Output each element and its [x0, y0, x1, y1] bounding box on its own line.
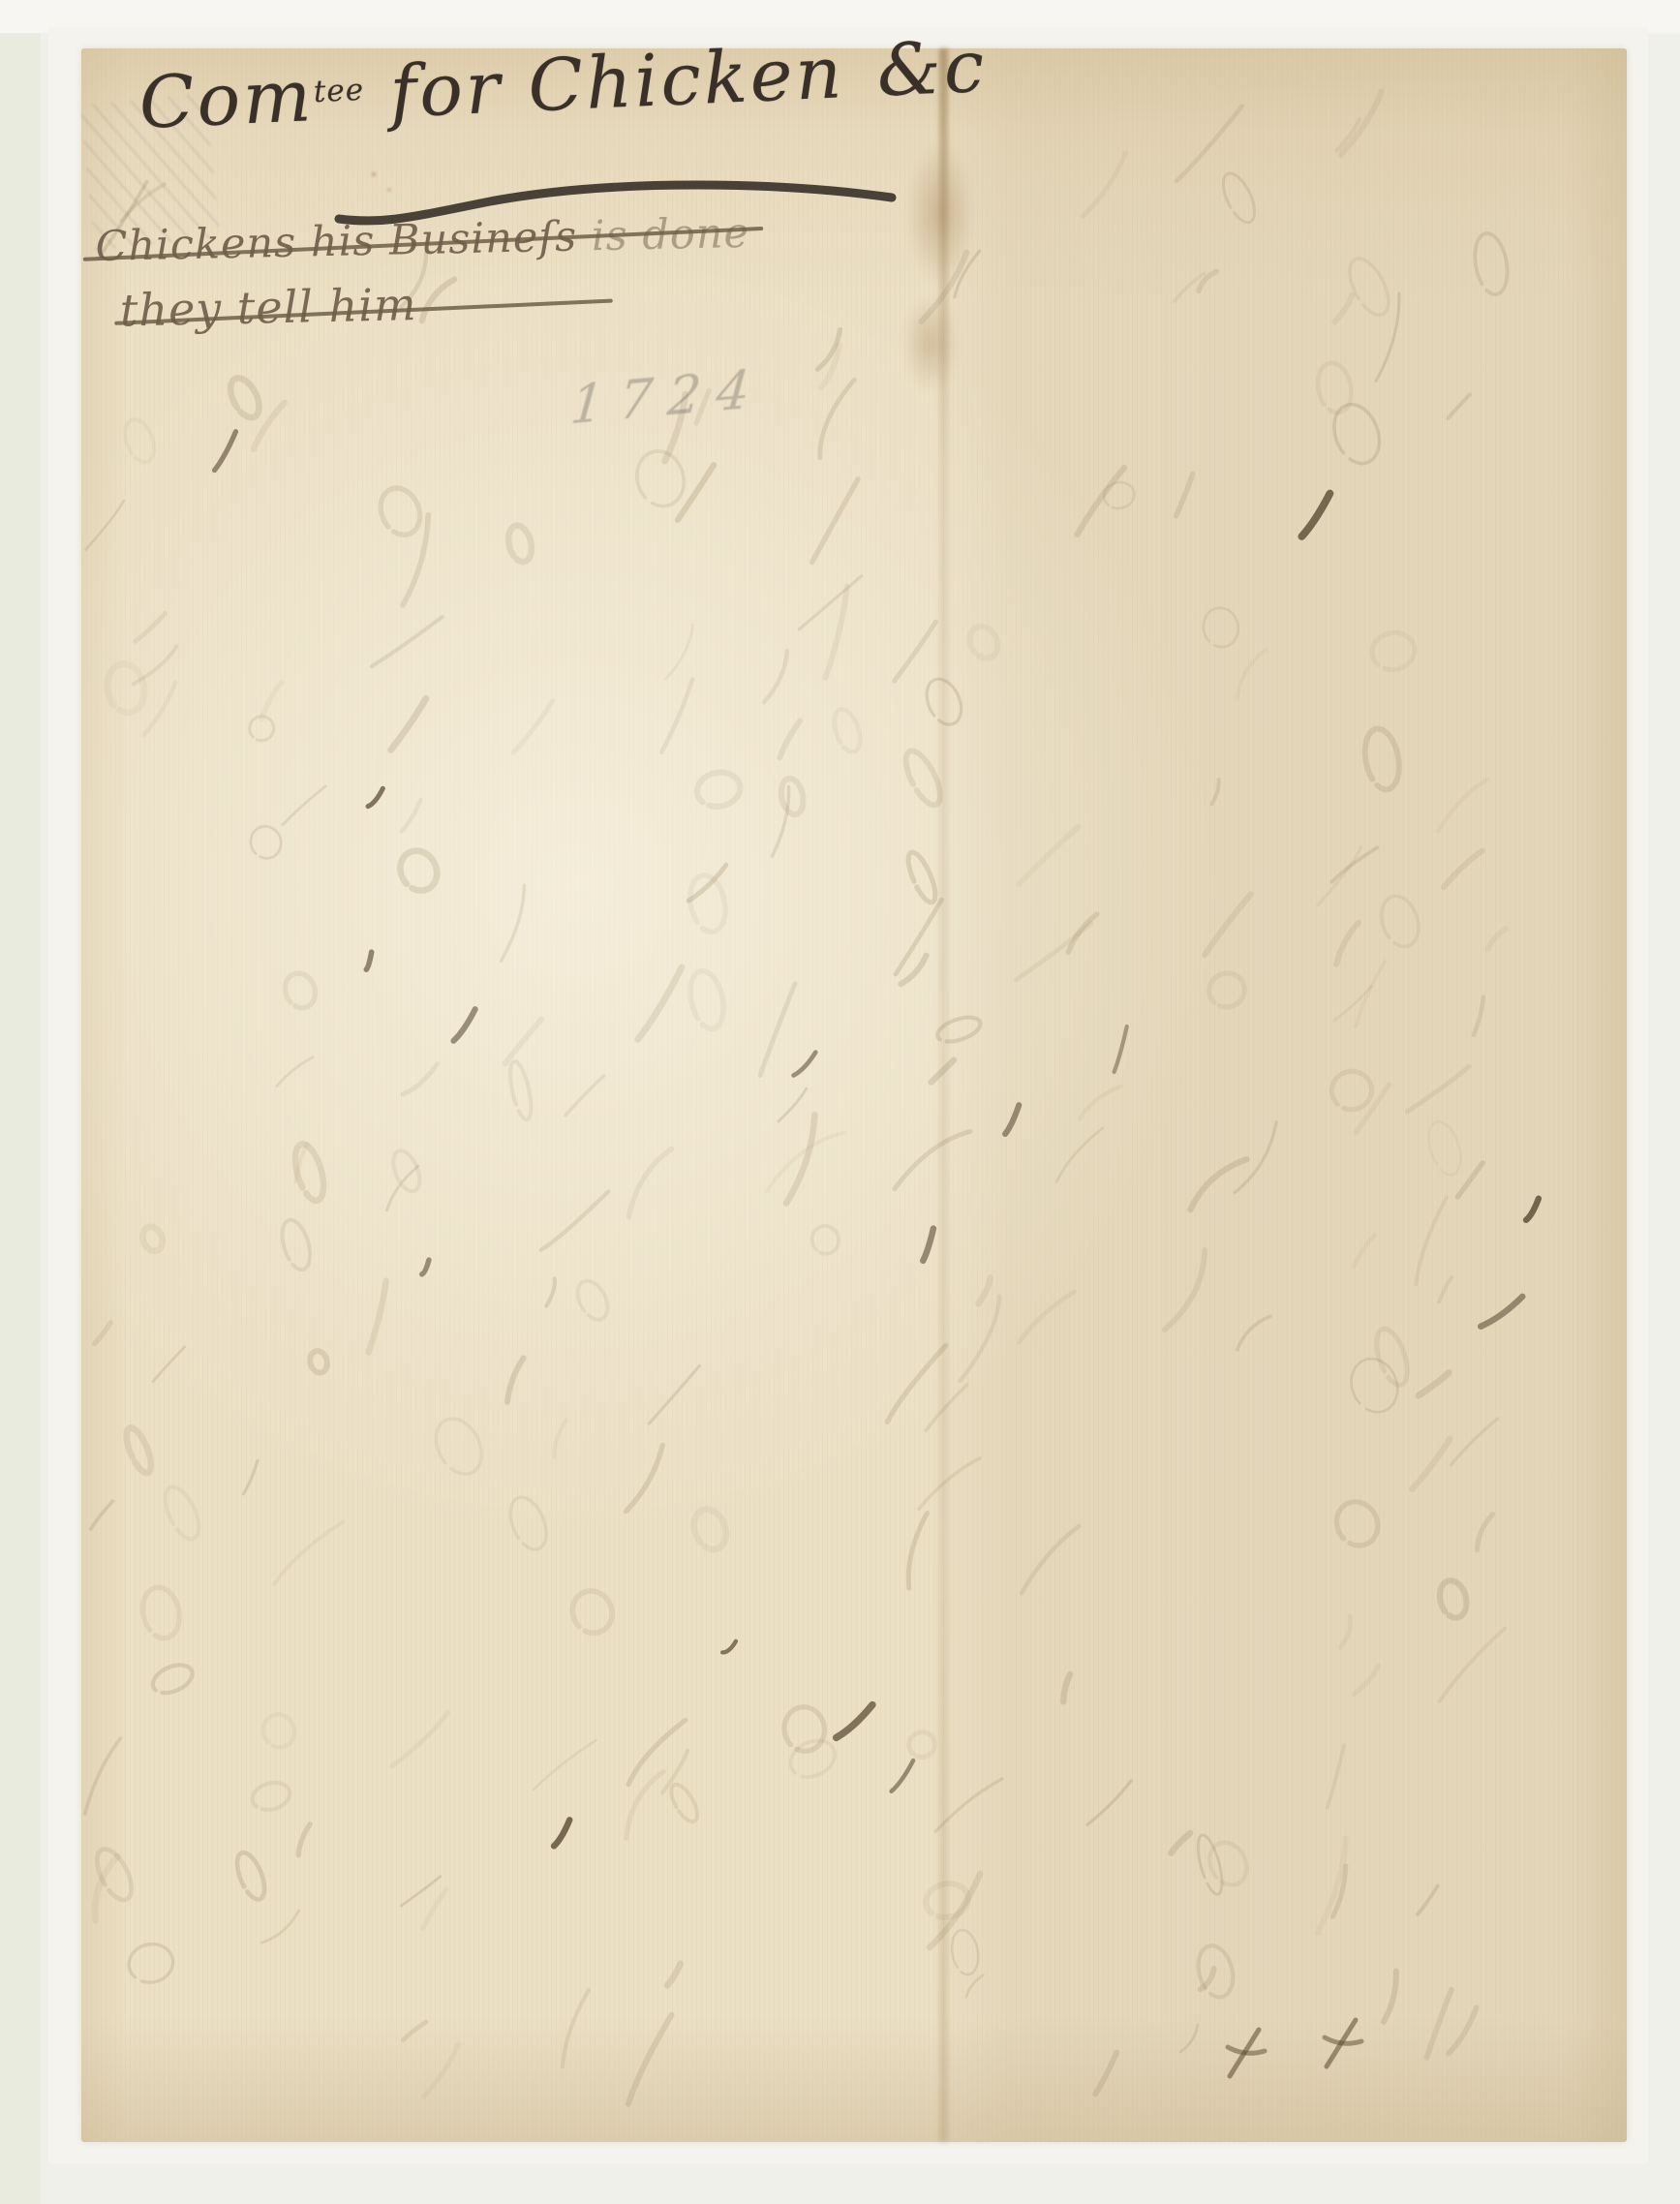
ink-stain	[906, 141, 974, 287]
struck-line-1-faint-text: is done	[577, 209, 750, 261]
heading-etcetera: &c	[875, 25, 989, 113]
scanner-background-strip	[0, 0, 41, 2204]
struck-line-1-text: Chickens his Busineſs	[95, 213, 578, 271]
struck-note-block: Chickens his Busineſs is done they tell …	[95, 209, 751, 337]
ink-stain	[902, 295, 959, 392]
heading-superscript: tee	[313, 73, 365, 109]
struck-line: they tell him	[119, 278, 417, 336]
verso-bleedthrough-layer	[81, 48, 1627, 2142]
heading-prefix: Com	[137, 54, 316, 145]
manuscript-paper: Comtee for Chicken&c Chickens his Busine…	[81, 48, 1627, 2142]
scanned-manuscript-page: { "scan": { "background_color": "#eff0e9…	[0, 0, 1680, 2204]
